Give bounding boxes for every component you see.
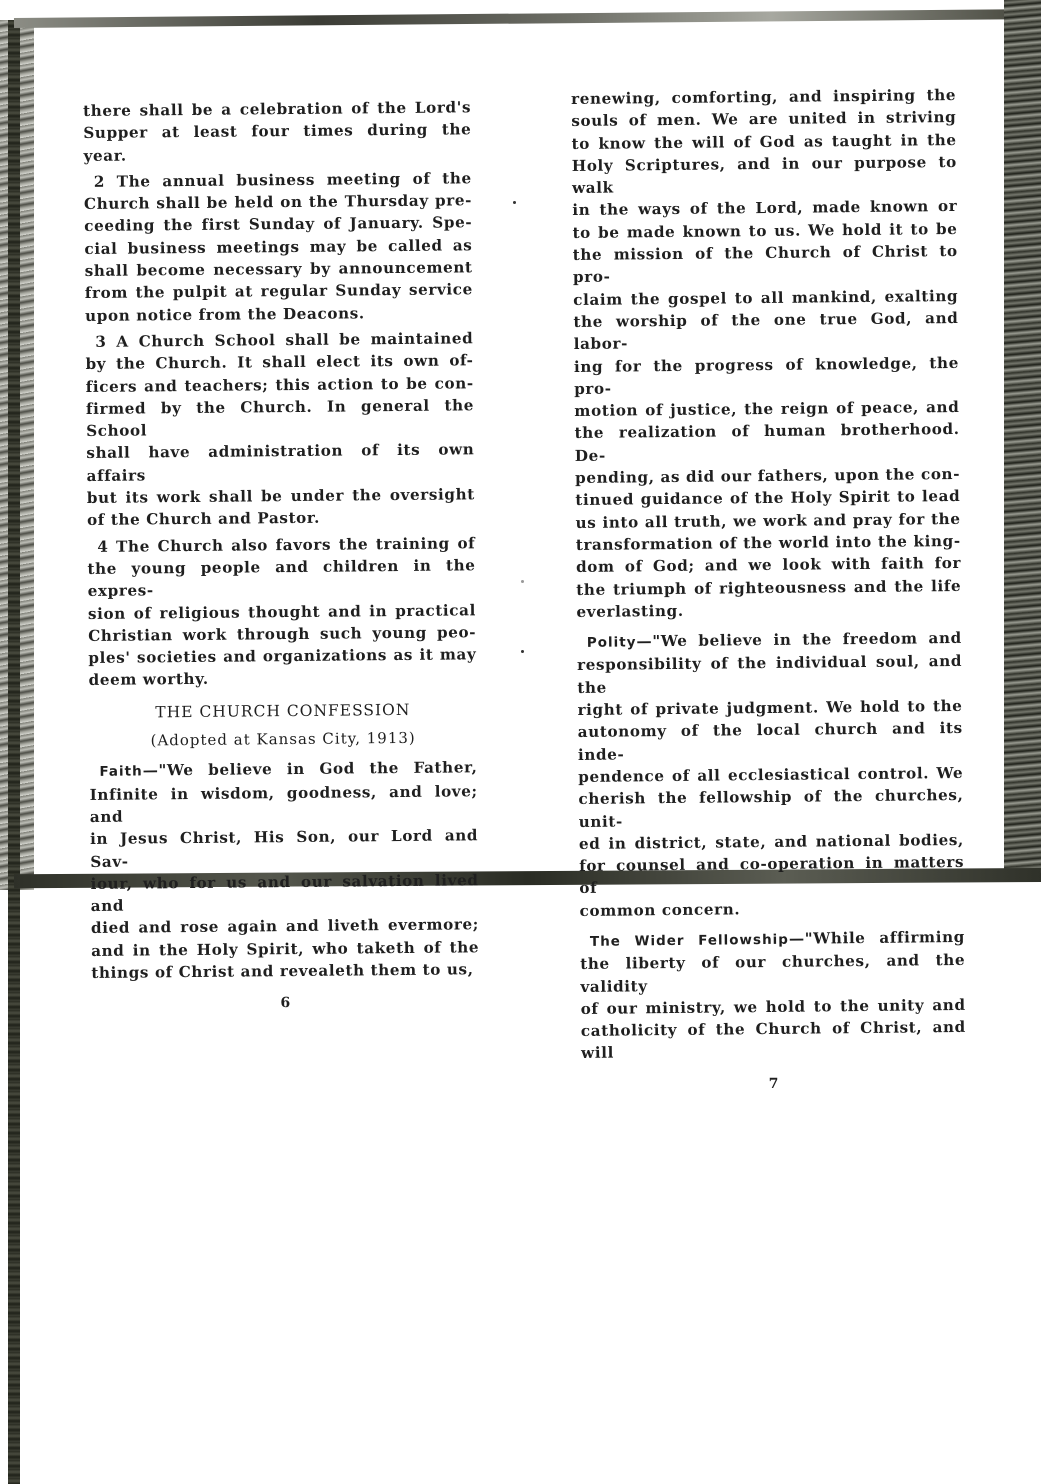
text-line: firmed by the Church. In general the Sch… [86, 394, 474, 442]
text-line: from the pulpit at regular Sunday servic… [85, 279, 473, 305]
text-line: the triumph of righteousness and the lif… [576, 574, 961, 600]
paragraph-faith-continued: renewing, comforting, and inspiring thes… [571, 84, 962, 623]
text-line: of the Church and Pastor. [87, 506, 475, 532]
text-line: ing for the progress of knowledge, the p… [574, 352, 959, 401]
page-6-column: there shall be a celebration of the Lord… [83, 96, 480, 1016]
section-lead-word: Polity [587, 634, 637, 651]
text-line: common concern. [579, 896, 964, 922]
text-line: Faith—"We believe in God the Father, [89, 757, 477, 784]
text-line: for counsel and co-operation in matters … [579, 851, 964, 900]
paragraph-lords-supper: there shall be a celebration of the Lord… [83, 96, 472, 167]
text-line: autonomy of the local church and its ind… [578, 717, 963, 766]
page-7-column: renewing, comforting, and inspiring thes… [571, 84, 967, 1097]
text-line: Infinite in wisdom, goodness, and love; … [90, 780, 478, 828]
text-line: responsibility of the individual soul, a… [577, 650, 962, 699]
text-line: upon notice from the Deacons. [85, 301, 473, 327]
scan-border-right [1004, 0, 1041, 870]
text-line: died and rose again and liveth evermore; [91, 914, 479, 940]
section-lead-word: The Wider Fellowship [590, 932, 789, 950]
paragraph-church-school: 3 A Church School shall be maintainedby … [85, 327, 475, 531]
paragraph-wider-fellowship: The Wider Fellowship—"While affirmingthe… [580, 926, 966, 1065]
text-line: catholicity of the Church of Christ, and… [581, 1016, 966, 1065]
text-line: but its work shall be under the oversigh… [87, 483, 475, 509]
text-line: the young people and children in the exp… [87, 554, 475, 602]
scan-speck [521, 650, 524, 653]
text-line: Supper at least four times during the ye… [83, 119, 471, 167]
page-number-left: 6 [92, 991, 480, 1017]
section-subheading: (Adopted at Kansas City, 1913) [89, 726, 477, 752]
text-line: cherish the fellowship of the churches, … [578, 784, 963, 833]
text-line: iour, who for us and our salvation lived… [90, 869, 478, 917]
text-line: the liberty of our churches, and the val… [580, 949, 965, 998]
page-number-right: 7 [581, 1071, 966, 1097]
text-line: shall have administration of its own aff… [86, 439, 474, 487]
text-line: everlasting. [576, 597, 961, 623]
paragraph-young-people: 4 The Church also favors the training of… [87, 532, 476, 692]
text-line: the worship of the one true God, and lab… [573, 307, 958, 356]
paragraph-annual-meeting: 2 The annual business meeting of theChur… [84, 167, 473, 327]
text-line: things of Christ and revealeth them to u… [91, 958, 479, 984]
scan-speck [521, 580, 524, 583]
text-line: deem worthy. [88, 666, 476, 692]
scan-border-top [14, 9, 1024, 28]
text-line: by the Church. It shall elect its own of… [85, 350, 473, 376]
paragraph-polity: Polity—"We believe in the freedom andres… [577, 627, 965, 922]
text-line: ples' societies and organizations as it … [88, 643, 476, 669]
text-line: in Jesus Christ, His Son, our Lord and S… [90, 824, 478, 872]
paragraph-faith: Faith—"We believe in God the Father,Infi… [89, 757, 479, 985]
scan-speck [513, 201, 516, 204]
text-line: Holy Scriptures, and in our purpose to w… [572, 151, 957, 200]
text-line: the realization of human brotherhood. De… [575, 418, 960, 467]
scan-border-left [8, 20, 20, 1484]
text-line: the mission of the Church of Christ to p… [573, 240, 958, 289]
section-lead-word: Faith [99, 764, 142, 780]
section-heading: THE CHURCH CONFESSION [89, 698, 477, 724]
